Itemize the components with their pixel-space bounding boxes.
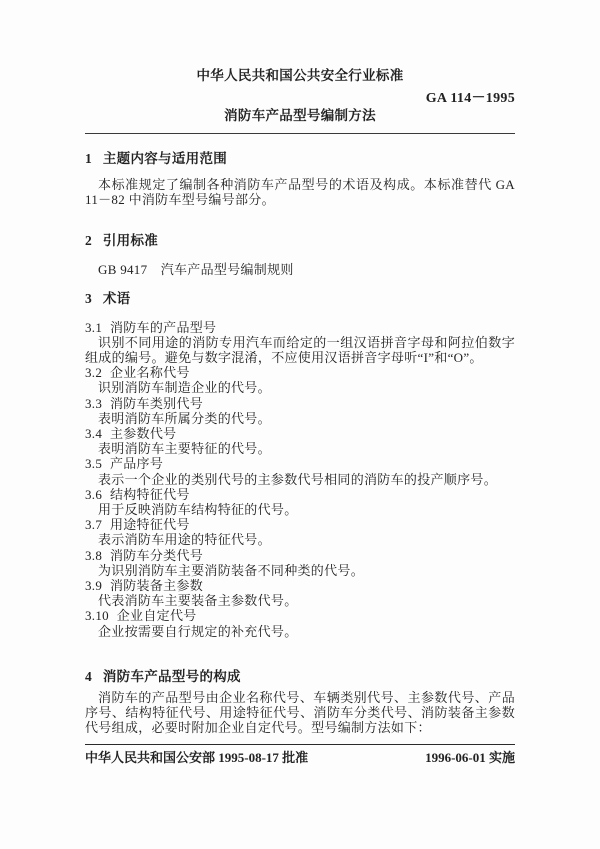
section-2-title: 引用标准 <box>103 233 158 248</box>
term-definition: 表明消防车所属分类的代号。 <box>85 411 515 426</box>
term-number: 3.1 <box>85 320 102 335</box>
section-3-heading: 3术语 <box>85 291 515 307</box>
section-2-heading: 2引用标准 <box>85 233 515 249</box>
term-title: 消防车分类代号 <box>110 548 203 563</box>
term-number: 3.5 <box>85 456 102 471</box>
term-definition: 代表消防车主要装备主参数代号。 <box>85 593 515 608</box>
term-title: 企业名称代号 <box>110 365 190 380</box>
term-definition: 表明消防车主要特征的代号。 <box>85 441 515 456</box>
term-number: 3.4 <box>85 426 102 441</box>
document-content: 中华人民共和国公共安全行业标准 GA 114－1995 消防车产品型号编制方法 … <box>85 0 515 735</box>
term-title: 消防装备主参数 <box>110 578 203 593</box>
term-title: 主参数代号 <box>110 426 177 441</box>
terms-list: 3.1消防车的产品型号 识别不同用途的消防专用汽车而给定的一组汉语拼音字母和阿拉… <box>85 320 515 639</box>
term-definition: 表示消防车用途的特征代号。 <box>85 532 515 547</box>
approval-statement: 中华人民共和国公安部 1995-08-17 批准 <box>85 750 308 765</box>
term-number: 3.9 <box>85 578 102 593</box>
term-definition: 识别消防车制造企业的代号。 <box>85 380 515 395</box>
term-title: 结构特征代号 <box>110 487 190 502</box>
term-head: 3.6结构特征代号 <box>85 487 515 502</box>
section-4-heading: 4消防车产品型号的构成 <box>85 669 515 685</box>
term-title: 产品序号 <box>110 456 163 471</box>
standard-document-page: 中华人民共和国公共安全行业标准 GA 114－1995 消防车产品型号编制方法 … <box>0 0 600 849</box>
term-title: 企业自定代号 <box>117 608 197 623</box>
term-definition: 企业按需要自行规定的补充代号。 <box>85 624 515 639</box>
term-definition: 为识别消防车主要消防装备不同种类的代号。 <box>85 563 515 578</box>
term-head: 3.4主参数代号 <box>85 426 515 441</box>
section-1-number: 1 <box>85 151 92 166</box>
term-number: 3.2 <box>85 365 102 380</box>
term-title: 用途特征代号 <box>110 517 190 532</box>
term-head: 3.8消防车分类代号 <box>85 548 515 563</box>
term-head: 3.1消防车的产品型号 <box>85 320 515 335</box>
section-4-title: 消防车产品型号的构成 <box>103 669 241 684</box>
term-title: 消防车的产品型号 <box>110 320 216 335</box>
referenced-standard: GB 9417 汽车产品型号编制规则 <box>85 262 515 277</box>
term-head: 3.7用途特征代号 <box>85 517 515 532</box>
section-1-paragraph: 本标准规定了编制各种消防车产品型号的术语及构成。本标准替代 GA 11－82 中… <box>85 177 515 207</box>
term-number: 3.6 <box>85 487 102 502</box>
term-head: 3.5产品序号 <box>85 456 515 471</box>
section-4-number: 4 <box>85 669 92 684</box>
term-number: 3.7 <box>85 517 102 532</box>
term-head: 3.9消防装备主参数 <box>85 578 515 593</box>
footer-divider <box>85 744 515 745</box>
section-2-number: 2 <box>85 233 92 248</box>
document-title: 消防车产品型号编制方法 <box>85 108 515 124</box>
section-3-title: 术语 <box>103 291 131 306</box>
implementation-date: 1996-06-01 实施 <box>425 750 515 765</box>
term-number: 3.3 <box>85 396 102 411</box>
section-1-heading: 1主题内容与适用范围 <box>85 151 515 167</box>
term-definition: 识别不同用途的消防专用汽车而给定的一组汉语拼音字母和阿拉伯数字组成的编号。避免与… <box>85 335 515 365</box>
term-head: 3.2企业名称代号 <box>85 365 515 380</box>
section-3-number: 3 <box>85 291 92 306</box>
header-divider <box>85 133 515 134</box>
term-number: 3.8 <box>85 548 102 563</box>
term-definition: 用于反映消防车结构特征的代号。 <box>85 502 515 517</box>
standard-code: GA 114－1995 <box>85 91 515 107</box>
term-definition: 表示一个企业的类别代号的主参数代号相同的消防车的投产顺序号。 <box>85 472 515 487</box>
document-footer: 中华人民共和国公安部 1995-08-17 批准 1996-06-01 实施 <box>85 744 515 765</box>
term-head: 3.10企业自定代号 <box>85 608 515 623</box>
term-title: 消防车类别代号 <box>110 396 203 411</box>
section-4-paragraph: 消防车的产品型号由企业名称代号、车辆类别代号、主参数代号、产品序号、结构特征代号… <box>85 690 515 736</box>
standard-class-label: 中华人民共和国公共安全行业标准 <box>85 68 515 84</box>
term-number: 3.10 <box>85 608 109 623</box>
term-head: 3.3消防车类别代号 <box>85 396 515 411</box>
section-1-title: 主题内容与适用范围 <box>103 151 227 166</box>
